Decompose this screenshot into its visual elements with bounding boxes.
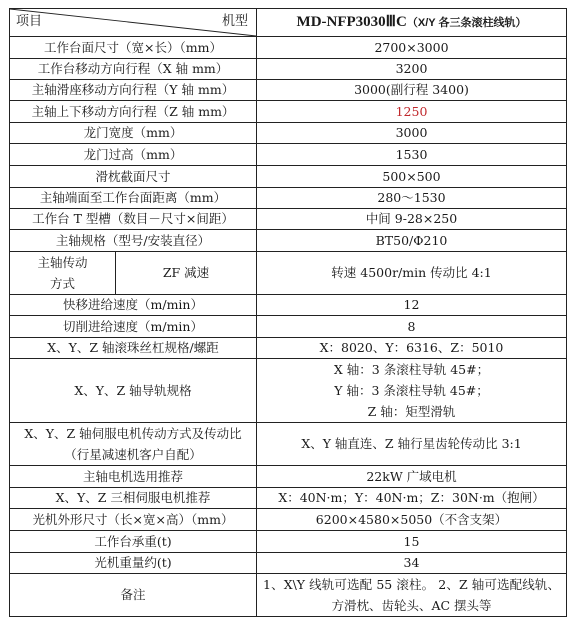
table-row: 主轴规格（型号/安装直径） BT50/Φ210: [10, 230, 567, 252]
model-name: MD-NFP3030ⅢC: [297, 14, 407, 30]
row-value-line: Y 轴：3 条滚柱导轨 45#；: [261, 380, 562, 401]
table-row: X、Y、Z 三相伺服电机推荐 X：40N·m；Y：40N·m；Z：30N·m（抱…: [10, 488, 567, 509]
row-label: 滑枕截面尺寸: [10, 166, 257, 188]
row-sub-label: ZF 减速: [116, 252, 257, 295]
row-label: X、Y、Z 轴滚珠丝杠规格/螺距: [10, 338, 257, 359]
row-value: 3000: [257, 123, 567, 144]
row-label: 工作台承重(t): [10, 531, 257, 553]
row-value: 转速 4500r/min 传动比 4:1: [257, 252, 567, 295]
row-value: 3200: [257, 59, 567, 80]
row-value: 22kW 广域电机: [257, 466, 567, 488]
table-row: X、Y、Z 轴导轨规格 X 轴：3 条滚柱导轨 45#； Y 轴：3 条滚柱导轨…: [10, 359, 567, 423]
table-row: 主轴上下移动方向行程（Z 轴 mm） 1250: [10, 101, 567, 123]
table-row: 光机重量约(t) 34: [10, 553, 567, 574]
table-row: 快移进给速度（m/min） 12: [10, 295, 567, 316]
table-row: 工作台 T 型槽（数目－尺寸×间距） 中间 9-28×250: [10, 209, 567, 230]
row-value: 中间 9-28×250: [257, 209, 567, 230]
header-model-label: 机型: [222, 12, 248, 32]
row-label: 切削进给速度（m/min）: [10, 316, 257, 338]
table-row: X、Y、Z 轴滚珠丝杠规格/螺距 X：8020、Y：6316、Z：5010: [10, 338, 567, 359]
row-label: 光机外形尺寸（长×宽×高）（mm）: [10, 509, 257, 531]
table-row: 工作台面尺寸（宽×长）（mm） 2700×3000: [10, 37, 567, 59]
row-label: 主轴规格（型号/安装直径）: [10, 230, 257, 252]
row-value-line: Z 轴：矩型滑轨: [261, 401, 562, 422]
row-value-group: X 轴：3 条滚柱导轨 45#； Y 轴：3 条滚柱导轨 45#； Z 轴：矩型…: [257, 359, 567, 423]
row-label: 主轴滑座移动方向行程（Y 轴 mm）: [10, 80, 257, 101]
row-label: 龙门过高（mm）: [10, 144, 257, 166]
row-label: X、Y、Z 轴导轨规格: [10, 359, 257, 423]
row-label-group: 主轴传动 方式: [10, 252, 116, 295]
row-label: 主轴电机选用推荐: [10, 466, 257, 488]
diagonal-line-icon: [10, 9, 256, 36]
row-value: 34: [257, 553, 567, 574]
row-value: 12: [257, 295, 567, 316]
header-diagonal-cell: 项目 机型: [10, 9, 257, 37]
row-value: 3000(副行程 3400): [257, 80, 567, 101]
row-value: X：8020、Y：6316、Z：5010: [257, 338, 567, 359]
table-row: 工作台移动方向行程（X 轴 mm） 3200: [10, 59, 567, 80]
model-note: （X/Y 各三条滚柱线轨）: [407, 17, 527, 29]
row-label: X、Y、Z 三相伺服电机推荐: [10, 488, 257, 509]
row-value: 15: [257, 531, 567, 553]
table-row: 主轴传动 方式 ZF 减速 转速 4500r/min 传动比 4:1: [10, 252, 567, 295]
header-model-cell: MD-NFP3030ⅢC（X/Y 各三条滚柱线轨）: [257, 9, 567, 37]
row-value: X：40N·m；Y：40N·m；Z：30N·m（抱闸）: [257, 488, 567, 509]
table-row: 龙门宽度（mm） 3000: [10, 123, 567, 144]
row-value: 500×500: [257, 166, 567, 188]
row-label: 工作台移动方向行程（X 轴 mm）: [10, 59, 257, 80]
row-label: 工作台 T 型槽（数目－尺寸×间距）: [10, 209, 257, 230]
table-row: 光机外形尺寸（长×宽×高）（mm） 6200×4580×5050（不含支架）: [10, 509, 567, 531]
table-row: 主轴电机选用推荐 22kW 广域电机: [10, 466, 567, 488]
row-value-note: 1、X\Y 线轨可选配 55 滚柱。 2、Z 轴可选配线轨、方滑枕、齿轮头、AC…: [257, 574, 567, 617]
table-row: 工作台承重(t) 15: [10, 531, 567, 553]
table-row: 龙门过高（mm） 1530: [10, 144, 567, 166]
row-label: 主轴上下移动方向行程（Z 轴 mm）: [10, 101, 257, 123]
row-value: 280～1530: [257, 188, 567, 209]
row-label: 备注: [10, 574, 257, 617]
row-label-group: X、Y、Z 轴伺服电机传动方式及传动比 （行星减速机客户自配）: [10, 423, 257, 466]
row-label-line: （行星减速机客户自配）: [14, 444, 252, 465]
row-label-line: 主轴传动: [14, 252, 111, 273]
row-label: 龙门宽度（mm）: [10, 123, 257, 144]
row-value: 2700×3000: [257, 37, 567, 59]
table-row: 主轴端面至工作台面距离（mm） 280～1530: [10, 188, 567, 209]
row-label: 光机重量约(t): [10, 553, 257, 574]
row-value: 1530: [257, 144, 567, 166]
header-item-label: 项目: [16, 12, 42, 32]
table-row: X、Y、Z 轴伺服电机传动方式及传动比 （行星减速机客户自配） X、Y 轴直连、…: [10, 423, 567, 466]
row-label-line: X、Y、Z 轴伺服电机传动方式及传动比: [14, 423, 252, 444]
row-value: X、Y 轴直连、Z 轴行星齿轮传动比 3:1: [257, 423, 567, 466]
spec-table: 项目 机型 MD-NFP3030ⅢC（X/Y 各三条滚柱线轨） 工作台面尺寸（宽…: [9, 8, 567, 617]
row-value-line: X 轴：3 条滚柱导轨 45#；: [261, 359, 562, 380]
row-label: 工作台面尺寸（宽×长）（mm）: [10, 37, 257, 59]
row-label: 快移进给速度（m/min）: [10, 295, 257, 316]
row-label-line: 方式: [14, 273, 111, 294]
table-header-row: 项目 机型 MD-NFP3030ⅢC（X/Y 各三条滚柱线轨）: [10, 9, 567, 37]
row-value: 6200×4580×5050（不含支架）: [257, 509, 567, 531]
row-value: BT50/Φ210: [257, 230, 567, 252]
table-row: 主轴滑座移动方向行程（Y 轴 mm） 3000(副行程 3400): [10, 80, 567, 101]
table-row: 备注 1、X\Y 线轨可选配 55 滚柱。 2、Z 轴可选配线轨、方滑枕、齿轮头…: [10, 574, 567, 617]
row-value-highlight: 1250: [257, 101, 567, 123]
row-label: 主轴端面至工作台面距离（mm）: [10, 188, 257, 209]
row-value: 8: [257, 316, 567, 338]
table-row: 切削进给速度（m/min） 8: [10, 316, 567, 338]
table-row: 滑枕截面尺寸 500×500: [10, 166, 567, 188]
